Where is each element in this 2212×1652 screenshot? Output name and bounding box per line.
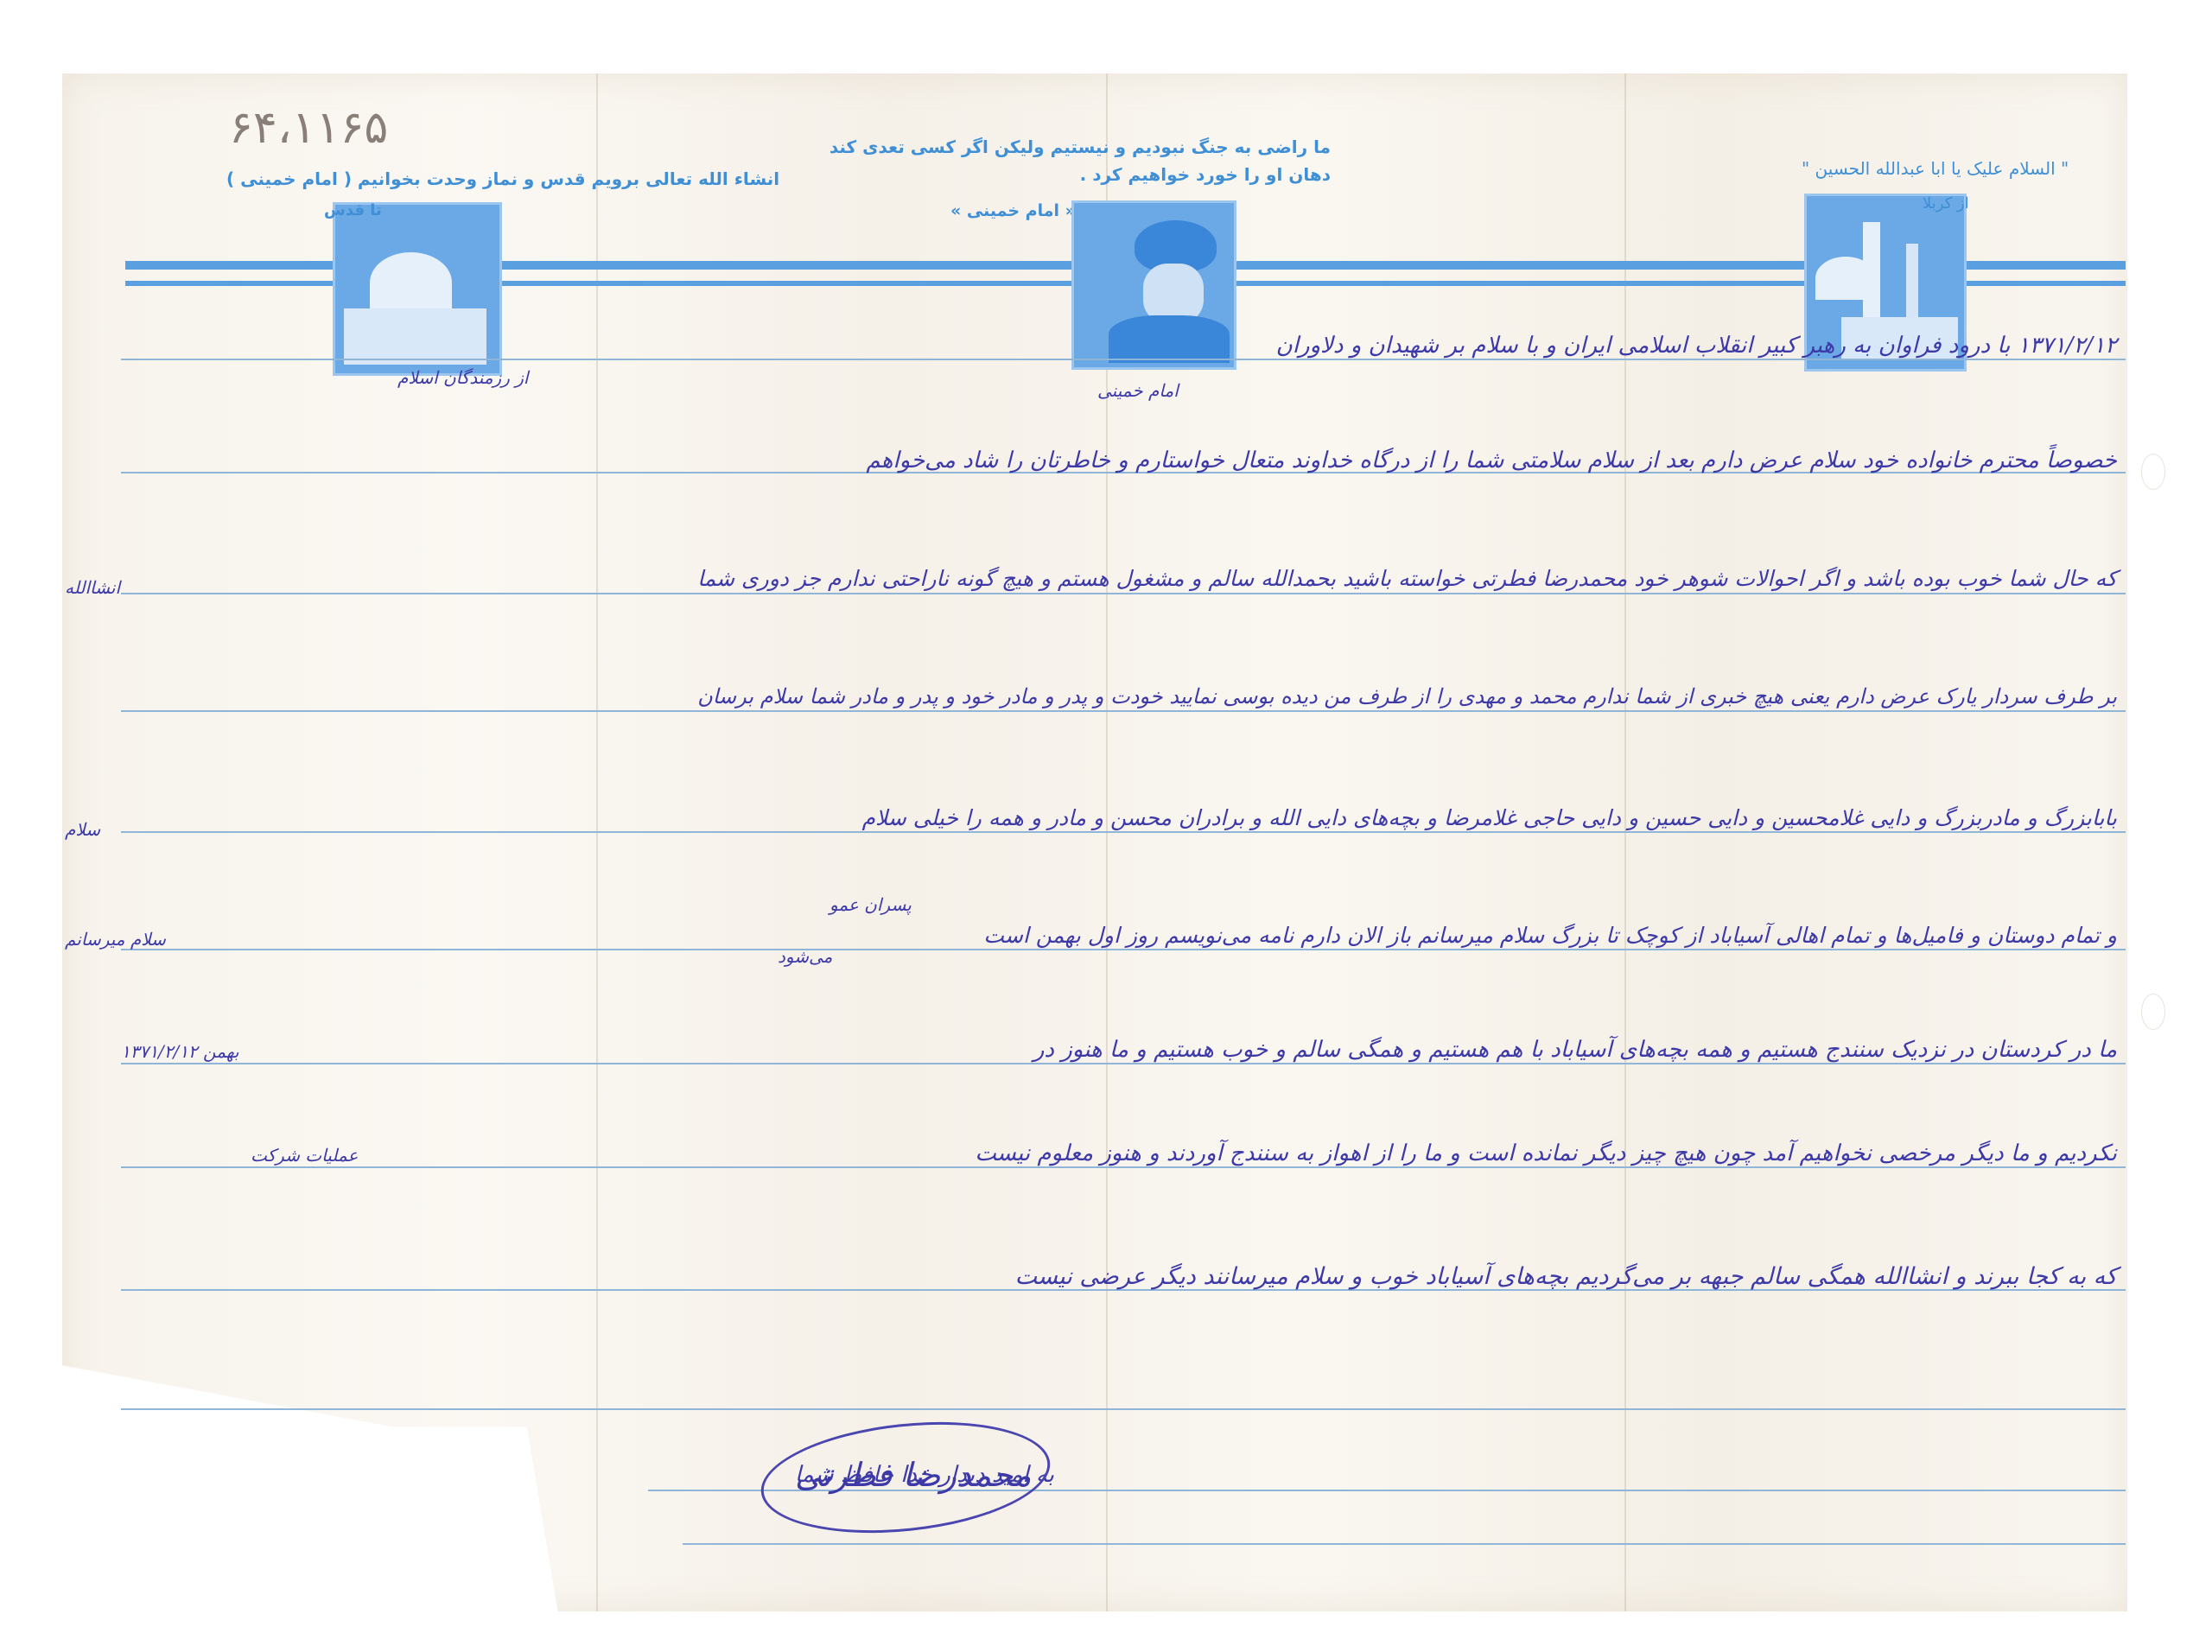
margin-note: پسران عمو xyxy=(829,894,912,915)
letterhead-left-quote: انشاء الله تعالی برویم قدس و نماز وحدت ب… xyxy=(226,168,779,189)
ruled-line xyxy=(121,593,2126,594)
ruled-line xyxy=(121,359,2126,360)
letterhead-center-quote-line2: دهان او را خورد خواهیم کرد . xyxy=(1071,164,1331,185)
letter-line-1: ۱۳۷۱/۲/۱۲ با درود فراوان به رهبر کبیر ان… xyxy=(1276,333,2117,359)
reference-number: ۶۴،۱۱۶۵ xyxy=(229,102,388,154)
signature: محمدرضا فطرتی xyxy=(795,1456,1032,1494)
dome-of-the-rock-photo xyxy=(333,202,502,376)
quds-photo-caption: تا قدس xyxy=(324,201,382,219)
letterhead-center-quote-line1: ما راضی به جنگ نبودیم و نیستیم ولیکن اگر… xyxy=(950,137,1331,157)
margin-note: انشاالله xyxy=(65,577,120,598)
ruled-line xyxy=(121,710,2126,712)
letter-line-2: خصوصاً محترم خانواده خود سلام عرض دارم ب… xyxy=(866,448,2117,473)
letter-line-9: که به کجا ببرند و انشاالله همگی سالم جبه… xyxy=(1015,1263,2117,1290)
fold-crease xyxy=(596,73,598,1611)
margin-note: می‌شود xyxy=(778,946,832,967)
letter-line-8: نکردیم و ما دیگر مرخصی نخواهیم آمد چون ه… xyxy=(975,1141,2117,1166)
margin-note: سلام میرسانم xyxy=(65,929,166,950)
letterhead-center-attribution: « امام خمینی » xyxy=(950,201,1076,220)
fold-crease xyxy=(1624,73,1626,1611)
punch-hole xyxy=(2141,994,2165,1030)
ruled-line xyxy=(121,949,2126,950)
margin-note: سلام xyxy=(65,819,100,840)
dome-icon xyxy=(1815,257,1876,300)
letter-line-7: ما در کردستان در نزدیک سنندج هستیم و همه… xyxy=(1033,1037,2117,1063)
letter-line-6: و تمام دوستان و فامیل‌ها و تمام اهالی آس… xyxy=(983,923,2117,948)
punch-hole xyxy=(2141,454,2165,490)
building-icon xyxy=(344,308,486,365)
dome-icon xyxy=(370,252,452,313)
letter-line-3: که حال شما خوب بوده باشد و اگر احوالات ش… xyxy=(697,566,2117,591)
ruled-line xyxy=(121,831,2126,833)
ruled-line xyxy=(121,1063,2126,1064)
margin-note: از رزمندگان اسلام xyxy=(397,367,528,388)
ruled-line xyxy=(121,1408,2126,1410)
karbala-photo-caption: از کربلا xyxy=(1923,194,1969,213)
letterhead-right-quote: " السلام علیک یا ابا عبدالله الحسین " xyxy=(1802,158,2069,179)
letter-line-4: بر طرف سردار یارک عرض دارم یعنی هیچ خبری… xyxy=(697,684,2117,708)
robe-icon xyxy=(1109,315,1230,363)
ruled-line xyxy=(683,1543,2126,1545)
margin-note: عملیات شرکت xyxy=(251,1145,358,1166)
margin-note: بهمن ۱۳۷۱/۲/۱۲ xyxy=(121,1041,239,1062)
margin-note: امام خمینی xyxy=(1097,380,1179,401)
letter-line-5: بابابزرگ و مادربزرگ و دایی غلامحسین و دا… xyxy=(862,805,2117,830)
imam-khomeini-portrait xyxy=(1071,200,1236,370)
ruled-line xyxy=(121,1166,2126,1168)
